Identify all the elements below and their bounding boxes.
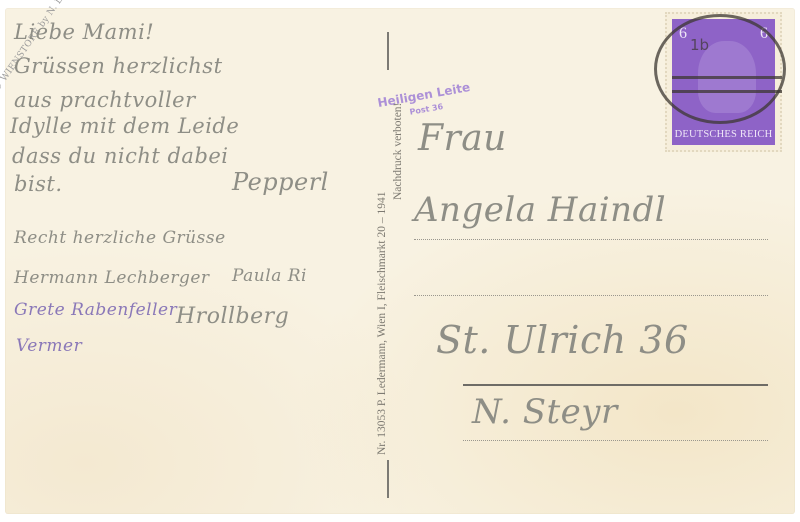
greetings-line: Recht herzliche Grüsse (14, 228, 226, 248)
postmark-text: 1b (690, 36, 709, 54)
postmark-bar-2 (672, 90, 782, 93)
center-divider-top (387, 32, 389, 70)
address-line-4 (463, 440, 768, 441)
stamp-label: DEUTSCHES REICH (672, 129, 775, 140)
signature-2: Paula Ri (232, 266, 307, 286)
message-line-5: dass du nicht dabei (12, 144, 229, 168)
message-line-3: aus prachtvoller (14, 88, 196, 112)
address-salutation: Frau (418, 118, 507, 159)
center-divider-bottom (387, 460, 389, 498)
message-line-2: Grüssen herzlichst (14, 54, 223, 78)
address-name: Angela Haindl (414, 190, 666, 230)
signature-5: Vermer (16, 336, 82, 356)
address-town: N. Steyr (472, 392, 618, 432)
message-line-6: bist. (14, 172, 63, 196)
postmark-circle-icon (654, 14, 786, 124)
signature-3: Grete Rabenfeller (14, 300, 177, 320)
address-line-1 (414, 239, 768, 240)
postmark-bar-1 (672, 76, 782, 79)
publisher-line-1: Nr. 13053 P. Ledermann, Wien I, Fleischm… (376, 192, 388, 455)
message-line-4: Idylle mit dem Leide (10, 114, 239, 138)
signature-4: Hrollberg (176, 304, 289, 329)
address-line-3 (463, 384, 768, 386)
address-line-2 (414, 295, 768, 296)
message-line-1: Liebe Mami! (14, 20, 154, 44)
message-signature: Pepperl (232, 168, 329, 196)
signature-1: Hermann Lechberger (14, 268, 210, 288)
address-street: St. Ulrich 36 (436, 318, 689, 362)
